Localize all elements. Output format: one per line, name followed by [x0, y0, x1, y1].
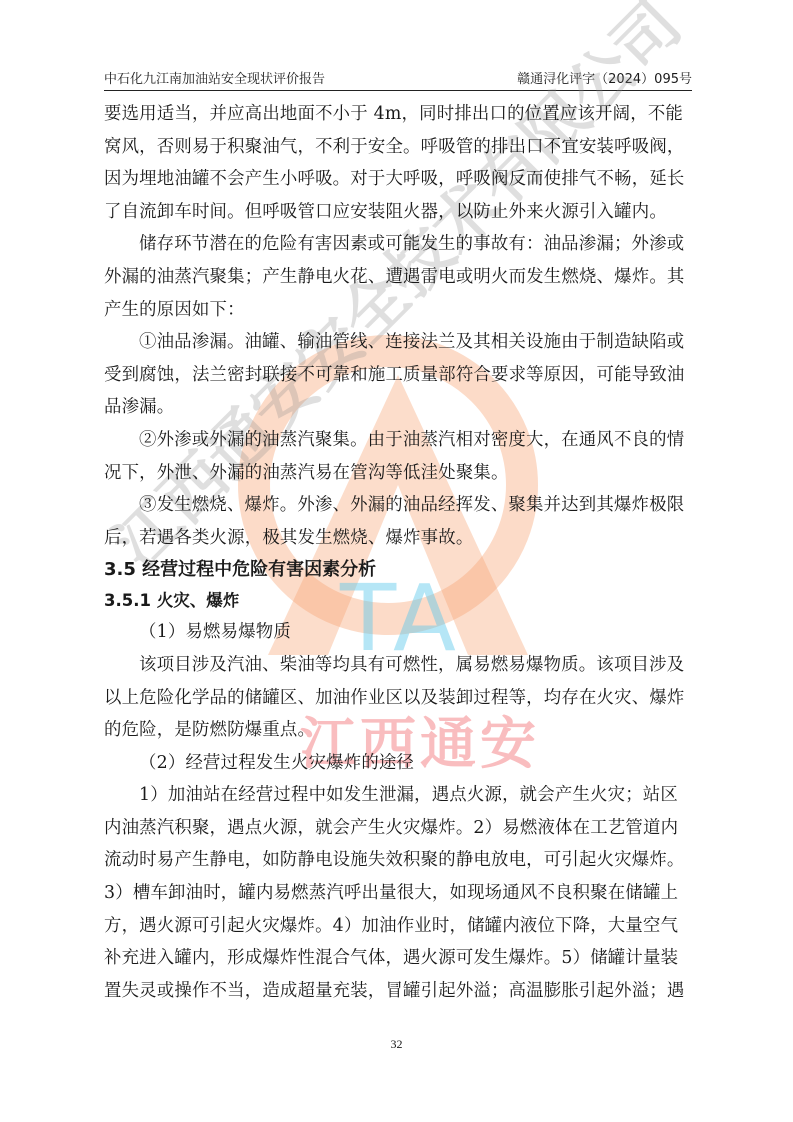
paragraph-line: 因为埋地油罐不会产生小呼吸。对于大呼吸，呼吸阀反而使排气不畅，延长 [104, 163, 694, 196]
paragraph-line: 补充进入罐内，形成爆炸性混合气体，遇火源可发生爆炸。5）储罐计量装 [104, 942, 694, 975]
paragraph-line: 内油蒸汽积聚，遇点火源，就会产生火灾爆炸。2）易燃液体在工艺管道内 [104, 812, 694, 845]
paragraph-line: 1）加油站在经营过程中如发生泄漏，遇点火源，就会产生火灾；站区 [104, 779, 694, 812]
body-content: 要选用适当，并应高出地面不小于 4m，同时排出口的位置应该开阔，不能 窝风，否则… [104, 98, 694, 1007]
paragraph-line: 该项目涉及汽油、柴油等均具有可燃性，属易燃易爆物质。该项目涉及 [104, 649, 694, 682]
page-header: 中石化九江南加油站安全现状评价报告 赣通浔化评字（2024）095号 [104, 64, 692, 91]
document-page: 中石化九江南加油站安全现状评价报告 赣通浔化评字（2024）095号 TA 江西… [0, 0, 793, 1122]
paragraph-line: 受到腐蚀，法兰密封联接不可靠和施工质量部符合要求等原因，可能导致油 [104, 359, 694, 392]
paragraph-line: ②外渗或外漏的油蒸汽聚集。由于油蒸汽相对密度大，在通风不良的情 [104, 424, 694, 457]
paragraph-line: 窝风，否则易于积聚油气，不利于安全。呼吸管的排出口不宜安装呼吸阀， [104, 131, 694, 164]
document-number: 赣通浔化评字（2024）095号 [517, 68, 692, 87]
paragraph-line: 后，若遇各类火源，极其发生燃烧、爆炸事故。 [104, 522, 694, 555]
report-title: 中石化九江南加油站安全现状评价报告 [104, 68, 325, 87]
page-number: 32 [0, 1037, 793, 1052]
paragraph-line: 要选用适当，并应高出地面不小于 4m，同时排出口的位置应该开阔，不能 [104, 98, 694, 131]
paragraph-line: 储存环节潜在的危险有害因素或可能发生的事故有：油品渗漏；外渗或 [104, 228, 694, 261]
paragraph-line: ③发生燃烧、爆炸。外渗、外漏的油品经挥发、聚集并达到其爆炸极限 [104, 489, 694, 522]
section-heading: 3.5 经营过程中危险有害因素分析 [104, 554, 694, 586]
subsection-heading: 3.5.1 火灾、爆炸 [104, 586, 694, 616]
paragraph-line: 外漏的油蒸汽聚集；产生静电火花、遭遇雷电或明火而发生燃烧、爆炸。其 [104, 261, 694, 294]
paragraph-line: 流动时易产生静电，如防静电设施失效积聚的静电放电，可引起火灾爆炸。 [104, 844, 694, 877]
paragraph-line: 3）槽车卸油时，罐内易燃蒸汽呼出量很大，如现场通风不良积聚在储罐上 [104, 877, 694, 910]
paragraph-line: 品渗漏。 [104, 391, 694, 424]
paragraph-line: 方，遇火源可引起火灾爆炸。4）加油作业时，储罐内液位下降，大量空气 [104, 910, 694, 943]
paragraph-line: （1）易燃易爆物质 [104, 616, 694, 649]
paragraph-line: （2）经营过程发生火灾爆炸的途径 [104, 747, 694, 780]
paragraph-line: 况下，外泄、外漏的油蒸汽易在管沟等低洼处聚集。 [104, 457, 694, 490]
paragraph-line: 置失灵或操作不当，造成超量充装，冒罐引起外溢；高温膨胀引起外溢；遇 [104, 975, 694, 1008]
paragraph-line: 了自流卸车时间。但呼吸管口应安装阻火器，以防止外来火源引入罐内。 [104, 196, 694, 229]
paragraph-line: 以上危险化学品的储罐区、加油作业区以及装卸过程等，均存在火灾、爆炸 [104, 682, 694, 715]
paragraph-line: ①油品渗漏。油罐、输油管线、连接法兰及其相关设施由于制造缺陷或 [104, 326, 694, 359]
paragraph-line: 产生的原因如下： [104, 294, 694, 327]
paragraph-line: 的危险，是防燃防爆重点。 [104, 714, 694, 747]
